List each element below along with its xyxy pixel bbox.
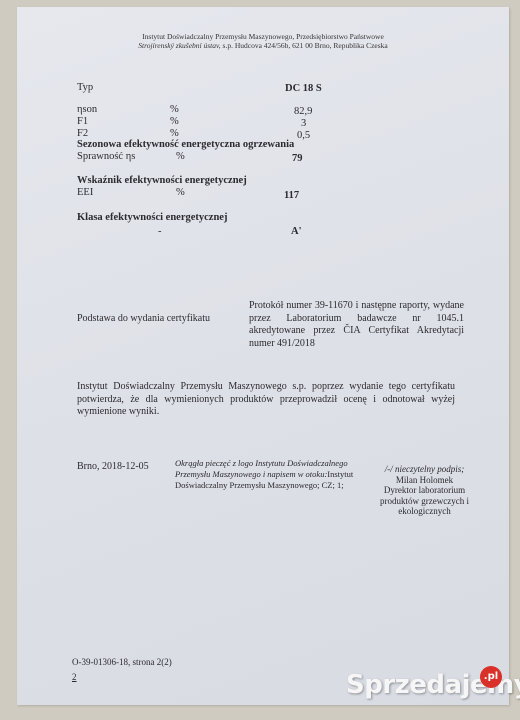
spec-row-value: 3 (301, 118, 306, 129)
seasonal-value: 79 (292, 153, 303, 164)
signatory-name: Milan Holomek (367, 475, 482, 486)
signature-note: /-/ nieczytelny podpis; (367, 464, 482, 475)
header-line-2: Strojírenský zkušební ústav, s.p. Hudcov… (17, 41, 509, 50)
eei-unit: % (176, 187, 185, 198)
seasonal-label: Sprawność ηs (77, 151, 135, 162)
spec-row-unit: % (170, 104, 179, 115)
spec-row-label: ηson (77, 104, 97, 115)
certificate-page: Instytut Doświadczalny Przemysłu Maszyno… (17, 7, 509, 705)
stamp-italic: Okrągła pieczęć z logo Instytutu Doświad… (175, 458, 348, 479)
class-heading: Klasa efektywności energetycznej (77, 212, 227, 223)
header-line-2-italic: Strojírenský zkušební ústav, (138, 41, 220, 50)
type-label: Typ (77, 82, 93, 93)
page-number: 2 (72, 672, 77, 682)
eei-value: 117 (284, 190, 299, 201)
watermark-badge: .pl (480, 666, 502, 688)
eei-label: EEI (77, 187, 93, 198)
spec-row-label: F1 (77, 116, 88, 127)
header-line-1: Instytut Doświadczalny Przemysłu Maszyno… (17, 32, 509, 41)
basis-label: Podstawa do wydania certyfikatu (77, 313, 210, 324)
statement-paragraph: Instytut Doświadczalny Przemysłu Maszyno… (77, 381, 455, 419)
document-reference: O-39-01306-18, strona 2(2) (72, 657, 172, 667)
spec-row-unit: % (170, 128, 179, 139)
seasonal-unit: % (176, 151, 185, 162)
spec-row-unit: % (170, 116, 179, 127)
type-value: DC 18 S (285, 83, 322, 94)
class-value: A' (291, 226, 302, 237)
spec-row-value: 0,5 (297, 130, 310, 141)
header-line-2-rest: s.p. Hudcova 424/56b, 621 00 Brno, Repub… (221, 41, 388, 50)
basis-text: Protokół numer 39-11670 i następne rapor… (249, 300, 464, 350)
spec-row-label: F2 (77, 128, 88, 139)
spec-row-value: 82,9 (294, 106, 312, 117)
class-unit: - (158, 226, 162, 237)
place-date: Brno, 2018-12-05 (77, 461, 149, 472)
signatory-title: Dyrektor laboratorium produktów grzewczy… (367, 485, 482, 517)
eei-heading: Wskaźnik efektywności energetycznej (77, 175, 247, 186)
stamp-description: Okrągła pieczęć z logo Instytutu Doświad… (175, 458, 365, 491)
signature-block: /-/ nieczytelny podpis; Milan Holomek Dy… (367, 464, 482, 517)
seasonal-heading: Sezonowa efektywność energetyczna ogrzew… (77, 139, 294, 150)
